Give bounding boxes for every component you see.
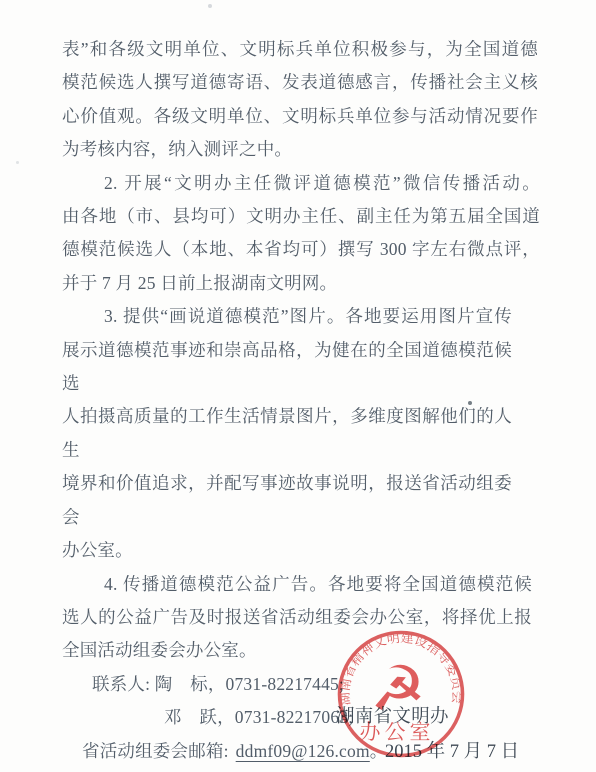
scanned-document-page: 表”和各级文明单位、文明标兵单位积极参与，为全国道德 模范候选人撰写道德寄语、发… [0,0,596,772]
hammer-sickle-icon: ☭ [370,652,426,725]
body-line: 模范候选人撰写道德寄语、发表道德感言，传播社会主义核 [62,66,538,99]
body-line: 为考核内容，纳入测评之中。 [62,133,538,166]
body-line: 3. 提供“画说道德模范”图片。各地要运用图片宣传 [62,300,512,333]
body-line: 心价值观。各级文明单位、文明标兵单位参与活动情况要作 [62,100,538,133]
body-line: 并于 7 月 25 日前上报湖南文明网。 [62,267,540,300]
scan-artifact [16,161,19,164]
paragraph-3: 3. 提供“画说道德模范”图片。各地要运用图片宣传 展示道德模范事迹和崇高品格，… [62,300,512,567]
body-line: 德模范候选人（本地、本省均可）撰写 300 字左右微点评， [62,233,540,266]
scan-artifact [468,401,472,405]
body-line: 由各地（市、县均可）文明办主任、副主任为第五届全国道 [62,200,540,233]
body-line: 办公室。 [62,534,512,567]
body-line: 境界和价值追求，并配写事迹故事说明，报送省活动组委会 [62,467,512,534]
contact-line-1: 联系人: 陶 标，0731-82217445; [92,668,540,701]
body-line: 展示道德模范事迹和崇高品格，为健在的全国道德模范候选 [62,334,512,401]
body-line: 人拍摄高质量的工作生活情景图片，多维度图解他们的人生 [62,400,512,467]
paragraph-1: 表”和各级文明单位、文明标兵单位积极参与，为全国道德 模范候选人撰写道德寄语、发… [62,33,538,167]
seal-office-text: 办公室 [360,720,435,744]
official-seal: 湖南省精神文明建设指导委员会 ☭ 办公室 [332,625,470,763]
scan-artifact [208,4,212,8]
body-line: 4. 传播道德模范公益广告。各地要将全国道德模范候 [62,568,532,601]
body-line: 2. 开展“文明办主任微评道德模范”微信传播活动。 [62,167,540,200]
body-line: 表”和各级文明单位、文明标兵单位积极参与，为全国道德 [62,33,538,66]
email-label: 省活动组委会邮箱: [82,741,229,761]
paragraph-2: 2. 开展“文明办主任微评道德模范”微信传播活动。 由各地（市、县均可）文明办主… [62,167,540,301]
